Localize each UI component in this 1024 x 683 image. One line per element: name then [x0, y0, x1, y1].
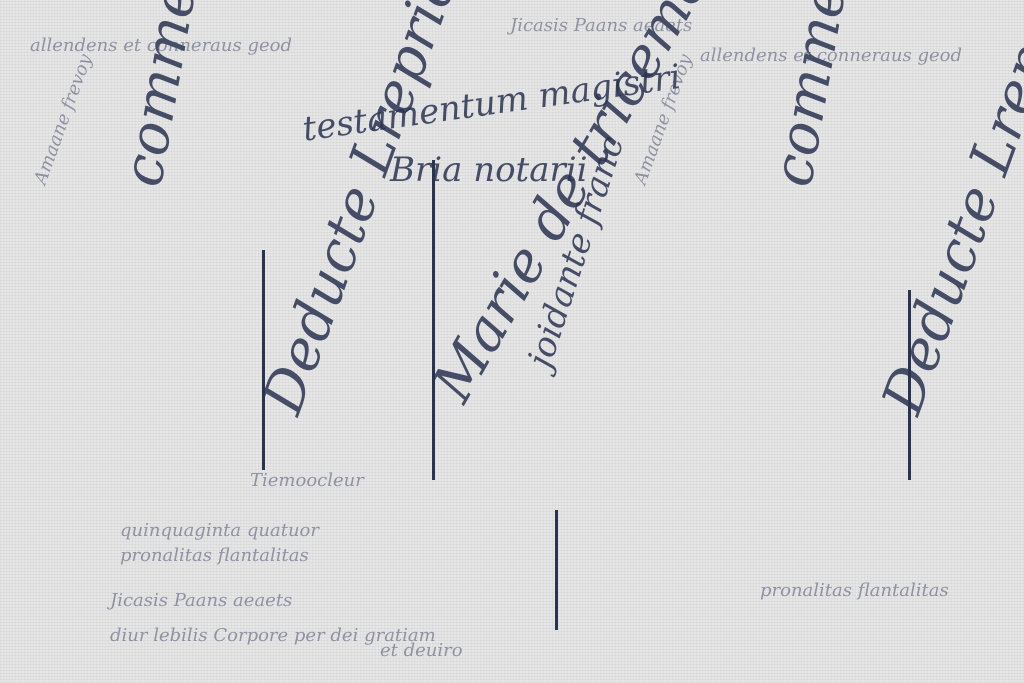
- script-fragment: allendens et conneraus geod: [700, 45, 962, 66]
- script-fragment: et deuiro: [380, 640, 463, 661]
- ink-stroke: [908, 290, 911, 480]
- script-fragment: Jicasis Paans aeaets: [510, 15, 692, 36]
- ink-stroke: [262, 250, 265, 470]
- script-fragment: Jicasis Paans aeaets: [110, 590, 292, 611]
- script-fragment: allendens et conneraus geod: [30, 35, 292, 56]
- script-fragment: Tiemoocleur: [250, 470, 364, 491]
- script-fragment: pronalitas flantalitas: [760, 580, 949, 601]
- script-fragment: pronalitas flantalitas: [120, 545, 309, 566]
- ink-stroke: [432, 160, 435, 480]
- script-fragment: quinquaginta quatuor: [120, 520, 319, 541]
- ink-stroke: [555, 510, 558, 630]
